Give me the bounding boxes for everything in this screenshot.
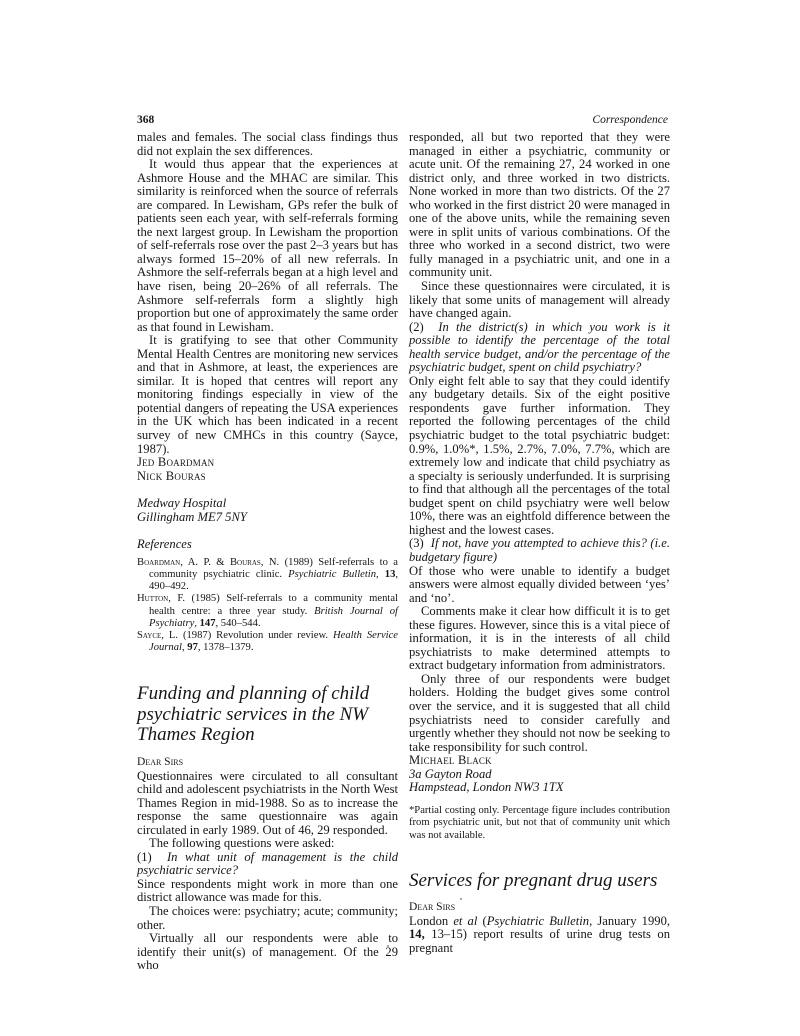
question: (1) In what unit of management is the ch…: [137, 851, 398, 878]
running-head: Correspondence: [540, 114, 668, 126]
ref-pages: 490–492.: [149, 581, 189, 592]
ref-author: Sayce, L.: [137, 630, 178, 641]
author-signature: Jed Boardman: [137, 456, 398, 470]
paragraph: London et al (Psychiatric Bulletin, Janu…: [409, 915, 670, 956]
page-number: 368: [137, 114, 154, 126]
article-title: Funding and planning of child psychiatri…: [137, 684, 398, 746]
author-signature: Nick Bouras: [137, 470, 398, 484]
text-run: 13–15) report results of urine drug test…: [409, 927, 670, 955]
article-title: Services for pregnant drug users: [409, 871, 670, 892]
question-text: In what unit of management is the child …: [137, 850, 398, 878]
author-address-line: Gillingham ME7 5NY: [137, 511, 398, 525]
ref-author: Hutton, F.: [137, 593, 185, 604]
right-column: responded, all but two reported that the…: [409, 131, 670, 955]
paragraph: Comments make it clear how difficult it …: [409, 605, 670, 673]
text-run: , January 1990,: [589, 914, 670, 928]
scan-speck: [460, 898, 462, 900]
citation-volume: 14,: [409, 927, 425, 941]
ref-pages: 540–544.: [221, 618, 261, 629]
ref-pages: 1378–1379.: [203, 642, 253, 653]
paragraph: Only eight felt able to say that they co…: [409, 375, 670, 538]
paragraph: The choices were: psychiatry; acute; com…: [137, 905, 398, 932]
ref-volume: 97: [187, 642, 198, 653]
text-run: (: [477, 914, 486, 928]
scan-speck: [315, 898, 317, 900]
paragraph: Virtually all our respondents were able …: [137, 932, 398, 973]
reference-entry: Hutton, F. (1985) Self-referrals to a co…: [137, 593, 398, 630]
paragraph: males and females. The social class find…: [137, 131, 398, 158]
scan-speck: [387, 945, 389, 947]
question-text: If not, have you attempted to achieve th…: [409, 536, 670, 564]
paragraph: Of those who were unable to identify a b…: [409, 565, 670, 606]
reference-entry: Sayce, L. (1987) Revolution under review…: [137, 630, 398, 654]
ref-journal: Psychiatric Bulletin: [288, 569, 376, 580]
footnote: *Partial costing only. Percentage figure…: [409, 805, 670, 843]
left-column: males and females. The social class find…: [137, 131, 398, 973]
references-heading: References: [137, 538, 398, 552]
salutation: Dear Sirs: [137, 756, 398, 770]
paragraph: Since respondents might work in more tha…: [137, 878, 398, 905]
author-address-line: Hampstead, London NW3 1TX: [409, 781, 670, 795]
salutation: Dear Sirs: [409, 901, 670, 915]
ref-volume: 13: [385, 569, 396, 580]
ref-volume: 147: [200, 618, 216, 629]
ref-author: Boardman, A. P. & Bouras, N.: [137, 557, 279, 568]
question-number: (3): [409, 536, 424, 550]
question-number: (1): [137, 850, 152, 864]
paragraph: The following questions were asked:: [137, 837, 398, 851]
citation-journal: Psychiatric Bulletin: [487, 914, 589, 928]
paragraph: It is gratifying to see that other Commu…: [137, 334, 398, 456]
question: (2) In the district(s) in which you work…: [409, 321, 670, 375]
author-address-line: 3a Gayton Road: [409, 768, 670, 782]
question-text: In the district(s) in which you work is …: [409, 320, 670, 375]
text-run: et al: [453, 914, 477, 928]
paragraph: Questionnaires were circulated to all co…: [137, 770, 398, 838]
author-signature: Michael Black: [409, 754, 670, 768]
text-run: London: [409, 914, 453, 928]
question-number: (2): [409, 320, 424, 334]
reference-entry: Boardman, A. P. & Bouras, N. (1989) Self…: [137, 557, 398, 594]
paragraph: Since these questionnaires were circulat…: [409, 280, 670, 321]
question: (3) If not, have you attempted to achiev…: [409, 537, 670, 564]
paragraph: It would thus appear that the experience…: [137, 158, 398, 334]
ref-text: (1987) Revolution under review.: [178, 630, 333, 641]
author-address-line: Medway Hospital: [137, 497, 398, 511]
paragraph: responded, all but two reported that the…: [409, 131, 670, 280]
paragraph: Only three of our respondents were budge…: [409, 673, 670, 754]
